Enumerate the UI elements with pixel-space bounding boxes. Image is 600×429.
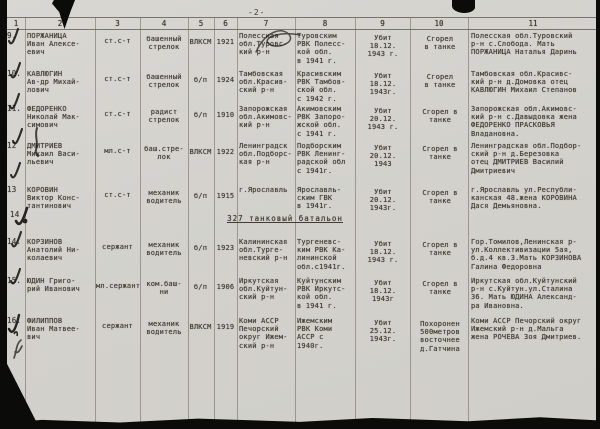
relatives-address: Полесская обл.Туровский р-н с.Слобода. М… [471,32,598,57]
page-number: -2- [248,8,265,17]
soldier-name: ПОРЖАНИЦА Иван Алексе- евич [27,32,95,57]
soldier-name: КОРОВИН Виктор Конс- тантинович [27,186,95,211]
column-line [295,17,296,429]
checkmark-icon [8,266,24,288]
party-status: б/п [188,186,213,200]
drafted-by: Куйтунским РВК Иркутс- кой обл. в 1941 г… [297,277,355,310]
fate: Убит 18.12. 1943 г. [357,238,409,265]
column-line [410,17,411,429]
relatives-address: Иркутская обл.Куйтунский р-н с.Куйтун.ул… [471,277,598,310]
checkmark-icon [7,91,23,113]
drafted-by: Тургеневс- ким РВК Ка- лининской обл.с19… [297,238,355,271]
party-status: ВЛКСМ [188,317,213,331]
fate: Убит 20.12. 1943 г. [357,105,409,132]
death-note: Сгорел в танке [412,277,468,296]
birth-year: 1910 [214,105,237,119]
checkmark-icon [13,205,31,229]
fate: Убит 25.12. 1943г. [357,317,409,344]
drafted-by: Акимовским РВК Запоро- жской обл. с 1941… [297,105,355,138]
birth-year: 1921 [214,32,237,46]
position: механик водитель [141,317,187,336]
rank: ст.с-т [96,32,139,45]
party-status: б/п [188,105,213,119]
relatives-address: Гор.Томилов,Ленинская р- ул.Коллективиза… [471,238,598,271]
death-note: Сгорел в танке [412,142,468,161]
death-note: Сгорел в танке [412,32,468,51]
birthplace: Запорожская обл.Акимовс- кий р-н [239,105,295,130]
column-line [237,17,238,429]
fate: Убит 18.12. 1943г [357,277,409,304]
column-header-5: 5 [188,19,214,28]
checkmark-icon [9,229,25,251]
soldier-name: ФИЛИППОВ Иван Матвее- вич [27,317,95,342]
column-line [355,17,356,429]
scan-edge-bottom [0,416,600,429]
position: башенный стрелок [141,32,187,51]
birth-year: 1919 [214,317,237,331]
birth-year: 1923 [214,238,237,252]
checkmark-icon [8,60,24,82]
paper-tear-top-right [452,0,475,13]
birthplace: Коми АССР Печорский округ Ижем- ский р-н [239,317,295,350]
rank: ст.с-т [96,70,139,83]
birthplace: Тамбовская обл.Красив- ский р-н [239,70,295,95]
position: башенный стрелок [141,70,187,89]
birth-year: 1906 [214,277,237,291]
section-title: 327 танковый батальон [205,214,365,223]
column-header-3: 3 [95,19,140,28]
birth-year: 1922 [214,142,237,156]
death-note: Похоронен 500метров восточнее д.Гатчина [412,317,468,353]
column-header-2: 2 [25,19,95,28]
position: баш.стре- лок [141,142,187,161]
position: механик водитель [141,186,187,205]
rank: мл.сержант [96,277,139,290]
party-status: б/п [188,70,213,84]
fate: Убит 20.12. 1943г. [357,186,409,213]
column-header-6: 6 [214,19,237,28]
death-note: Сгорел в танке [412,70,468,89]
drafted-by: Ярославль- ским ГВК в 1941г. [297,186,355,211]
column-header-11: 11 [468,19,598,28]
checkmark-icon [10,126,26,148]
rank: сержант [96,317,139,330]
soldier-name: ЮДИН Григо- рий Иванович [27,277,95,293]
party-status: б/п [188,277,213,291]
fate: Убит 20.12. 1943 [357,142,409,169]
party-status: ВЛКСМ [188,142,213,156]
rank: мл.с-т [96,142,139,155]
death-note: Сгорел в танке [412,238,468,257]
soldier-name: КОРЗИНОВ Анатолий Ни- колаевич [27,238,95,263]
scan-edge-right [596,0,600,429]
row-number: 13 [7,186,25,194]
rank: ст.с-т [96,105,139,118]
column-header-4: 4 [140,19,188,28]
pen-scribble-icon [30,126,44,158]
relatives-address: Тамбовская обл.Красивс- кий р-н д.Домовк… [471,70,598,95]
party-status: ВЛКСМ [188,32,213,46]
relatives-address: Запорожская обл.Акимовс- кий р-н с.Давыд… [471,105,598,138]
birthplace: Калининская обл.Турге- невский р-н [239,238,295,263]
column-header-10: 10 [410,19,468,28]
death-note: Сгорел в танке [412,186,468,205]
relatives-address: Ленинградская обл.Подбор- ский р-н д.Бер… [471,142,598,175]
drafted-by: Ижемским РВК Коми АССР с 1940г. [297,317,355,350]
position: механик водитель [141,238,187,257]
birth-year: 1924 [214,70,237,84]
relatives-address: г.Ярославль ул.Республи- канская 48.жена… [471,186,598,211]
drafted-by: Подборским РВК Ленинг- радской обл с 194… [297,142,355,175]
birthplace: г.Ярославль [239,186,295,194]
fate: Убит 18.12. 1943г. [357,70,409,97]
column-line [468,17,469,429]
rank: сержант [96,238,139,251]
column-header-9: 9 [355,19,410,28]
pen-scribble-icon [250,24,306,60]
party-status: б/п [188,238,213,252]
fate: Убит 18.12. 1943 г. [357,32,409,59]
birth-year: 1915 [214,186,237,200]
relatives-address: Коми АССР Печорский округ Ижемский р-н д… [471,317,598,342]
position: ком.баш- ни [141,277,187,296]
scanned-document-page: -2- 1 2 3 4 5 6 7 8 9 10 11 9. ПОРЖАНИЦА… [0,0,600,429]
pen-scribble-icon [10,338,26,362]
rank: ст.с-т [96,186,139,199]
birthplace: Ленинградск обл.Подборс- кая р-н [239,142,295,167]
position: радист стрелок [141,105,187,124]
drafted-by: Красивским РВК Тамбов- ской обл. с 1942 … [297,70,355,103]
soldier-name: КАВЛЮГИН Ав-др Михай- лович [27,70,95,95]
checkmark-icon [8,160,24,182]
checkmark-icon [6,312,24,338]
birthplace: Иркутская обл.Куйтун- ский р-н [239,277,295,302]
checkmark-icon [6,26,22,48]
death-note: Сгорел в танке [412,105,468,124]
